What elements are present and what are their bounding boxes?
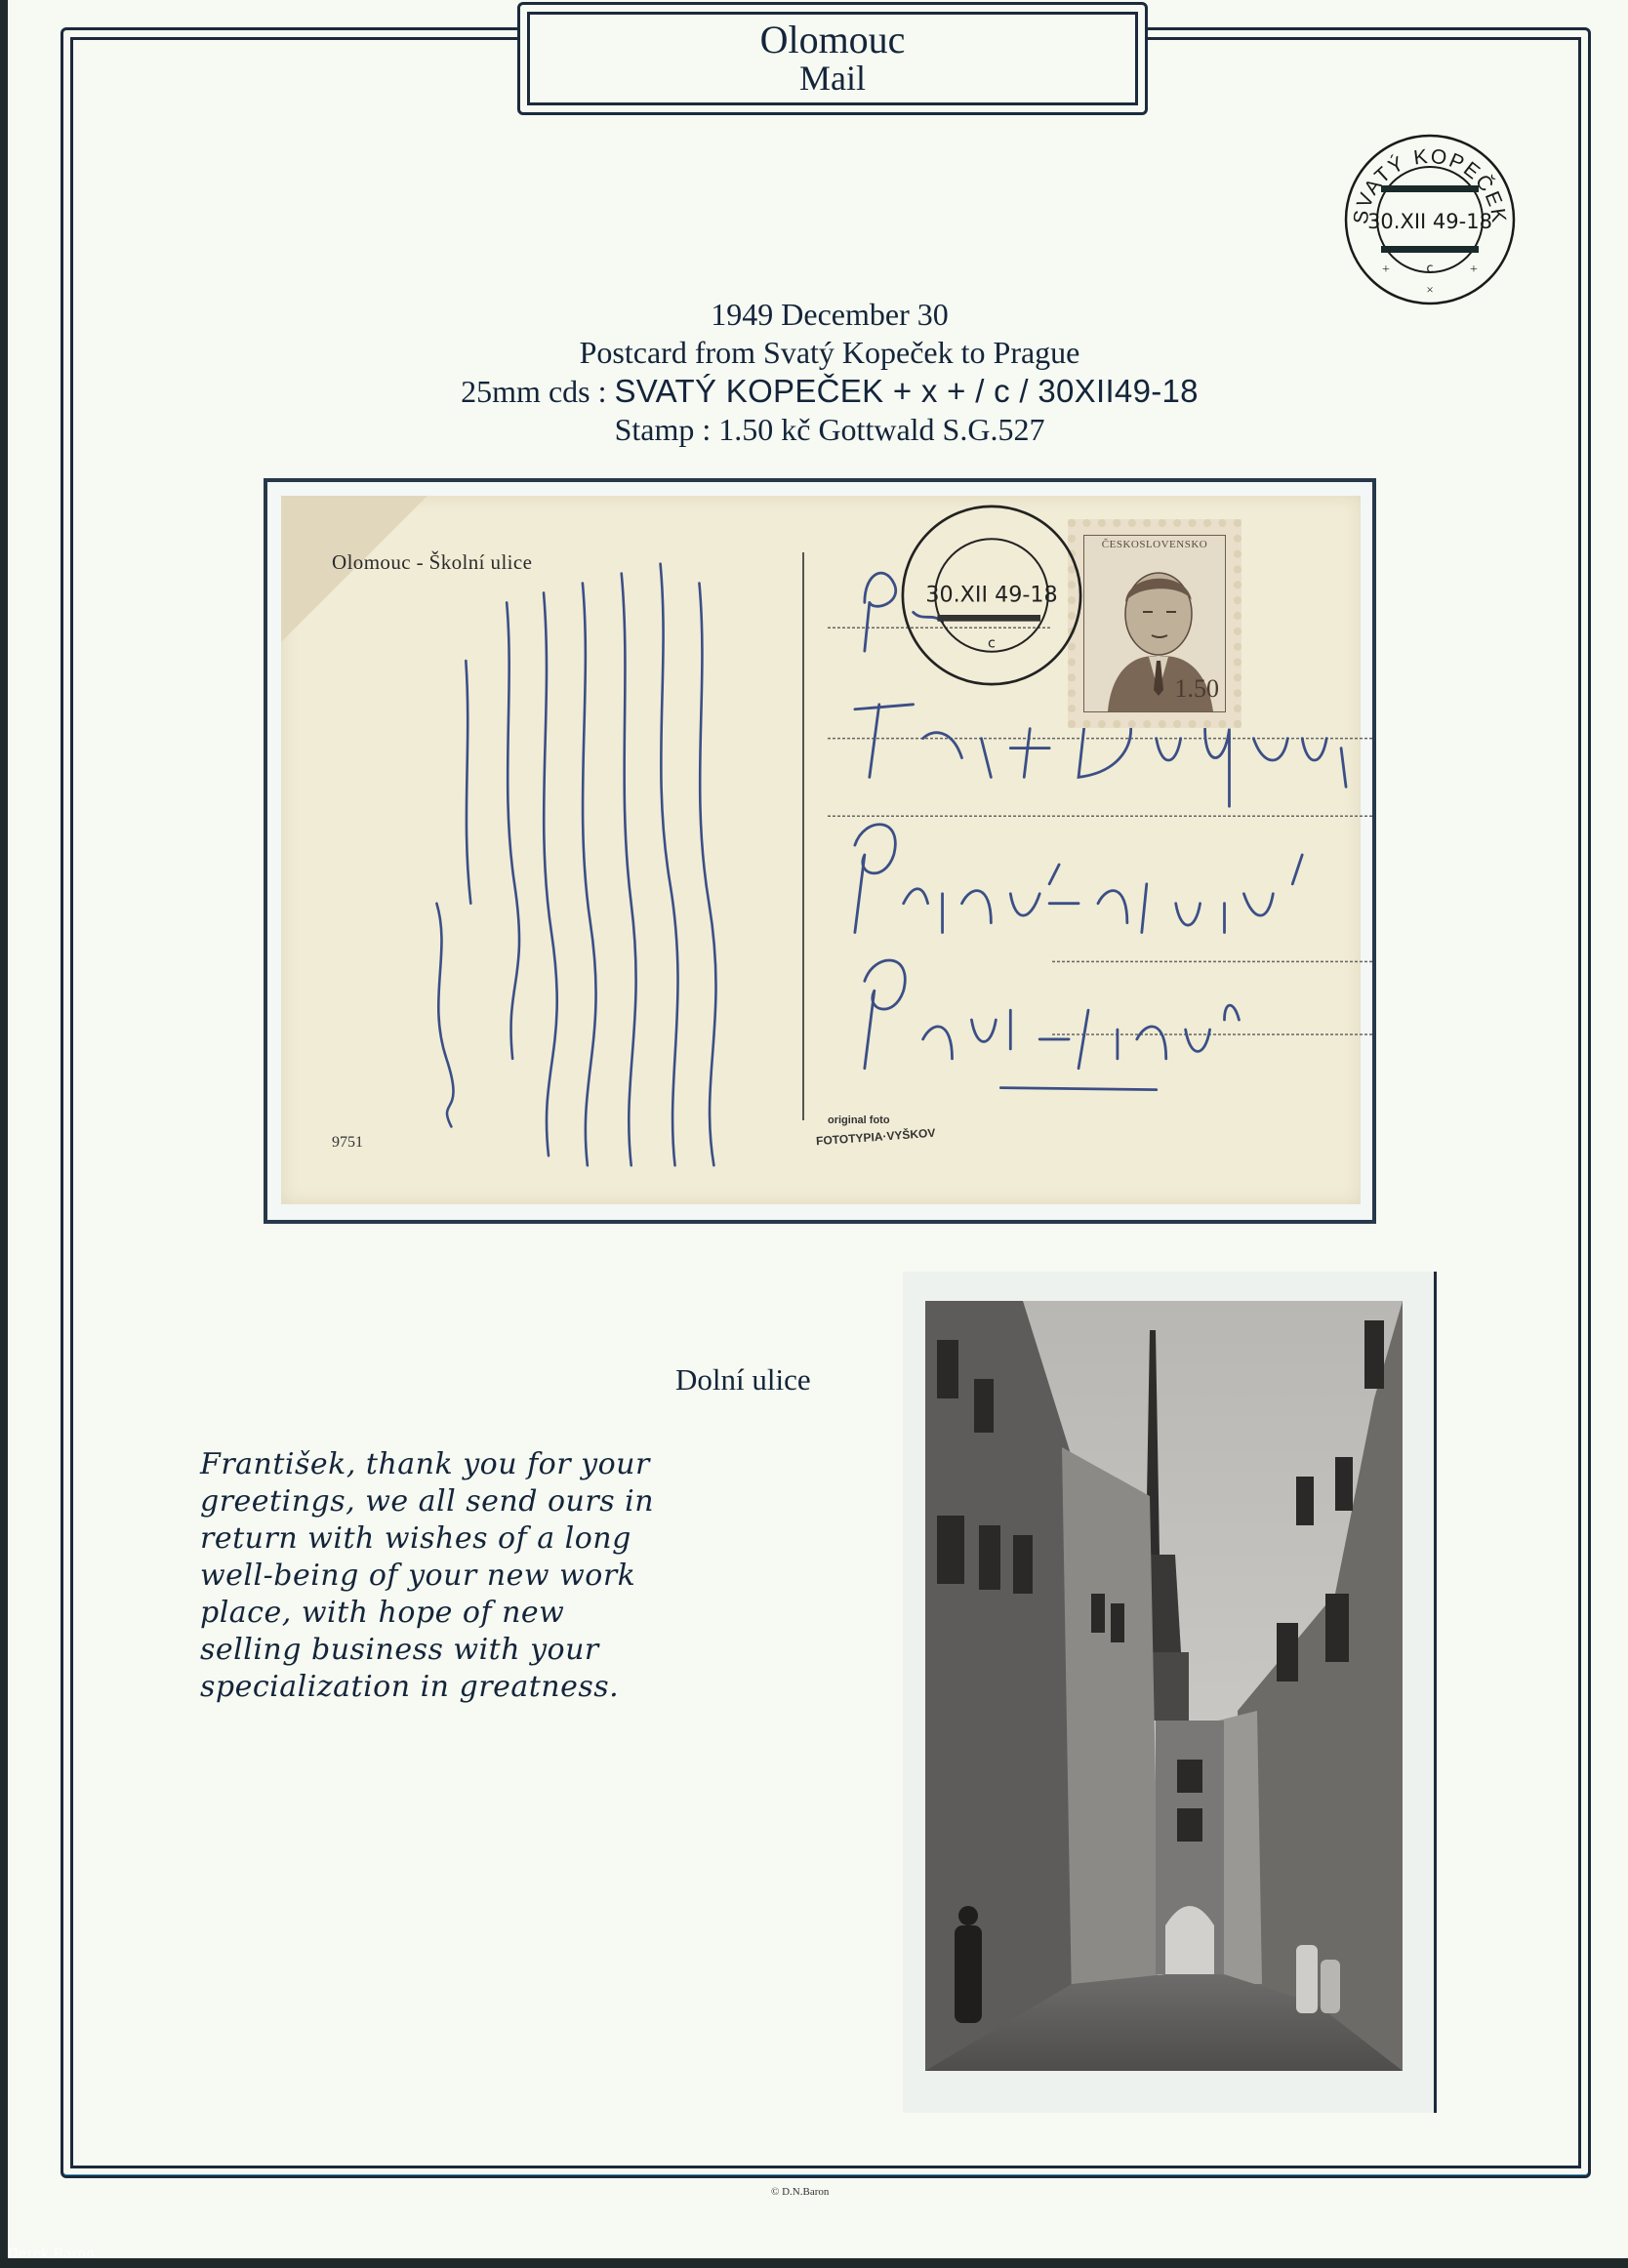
postmark-date: 30.XII 49-18 bbox=[1367, 210, 1492, 233]
photo-caption: Dolní ulice bbox=[675, 1362, 811, 1397]
postcard-cancellation: 30.XII 49-18 c bbox=[894, 498, 1089, 693]
translation-line: well-being of your new work bbox=[200, 1558, 805, 1595]
scan-edge-bottom bbox=[0, 2258, 1628, 2268]
svg-text:×: × bbox=[1426, 282, 1433, 297]
scan-edge-left bbox=[0, 0, 8, 2268]
svg-text:c: c bbox=[988, 635, 996, 651]
postcard-place-name: Olomouc - Školní ulice bbox=[332, 550, 532, 575]
title-box: Olomouc Mail bbox=[517, 2, 1148, 115]
caption-stamp: Stamp : 1.50 kč Gottwald S.G.527 bbox=[293, 411, 1366, 449]
translation-line: place, with hope of new bbox=[200, 1595, 805, 1632]
translation-line: selling business with your bbox=[200, 1632, 805, 1669]
svg-text:+: + bbox=[1382, 263, 1390, 277]
cover-description: 1949 December 30 Postcard from Svatý Kop… bbox=[293, 296, 1366, 449]
stamp-design: ČESKOSLOVENSKO 1.50 bbox=[1083, 535, 1226, 712]
translation-line: specialization in greatness. bbox=[200, 1669, 805, 1706]
caption-route: Postcard from Svatý Kopeček to Prague bbox=[293, 334, 1366, 372]
stamp-value: 1.50 bbox=[1175, 674, 1220, 704]
page-subtitle: Mail bbox=[799, 60, 866, 97]
postmark-illustration: SVATÝ KOPEČEK 30.XII 49-18 c + + × bbox=[1342, 132, 1518, 307]
translation-line: František, thank you for your bbox=[200, 1446, 805, 1483]
svg-text:30.XII 49-18: 30.XII 49-18 bbox=[925, 583, 1057, 608]
translation-line: greetings, we all send ours in bbox=[200, 1483, 805, 1520]
street-photo bbox=[925, 1301, 1403, 2071]
postage-stamp: ČESKOSLOVENSKO 1.50 bbox=[1068, 519, 1241, 728]
postcard-number: 9751 bbox=[332, 1134, 363, 1152]
postcard-mount: Olomouc - Školní ulice 9751 original fot… bbox=[264, 478, 1376, 1224]
caption-date: 1949 December 30 bbox=[293, 296, 1366, 334]
title-box-inner: Olomouc Mail bbox=[527, 12, 1138, 105]
postmark-code: c bbox=[1426, 262, 1433, 276]
postcard-divider bbox=[802, 552, 804, 1120]
watermark: Derek Baron bbox=[8, 2247, 95, 2262]
street-scene-illustration bbox=[925, 1301, 1403, 2071]
page-title: Olomouc bbox=[760, 20, 906, 60]
caption-postmark: 25mm cds : SVATÝ KOPEČEK + x + / c / 30X… bbox=[293, 372, 1366, 411]
caption-postmark-text: SVATÝ KOPEČEK + x + / c / 30XII49-18 bbox=[614, 373, 1198, 409]
copyright-notice: © D.N.Baron bbox=[771, 2186, 829, 2198]
svg-text:+: + bbox=[1470, 263, 1478, 277]
stamp-country: ČESKOSLOVENSKO bbox=[1084, 539, 1225, 550]
postcard: Olomouc - Školní ulice 9751 original fot… bbox=[281, 496, 1361, 1204]
translation-line: return with wishes of a long bbox=[200, 1520, 805, 1558]
translation-text: František, thank you for your greetings,… bbox=[200, 1446, 805, 1706]
